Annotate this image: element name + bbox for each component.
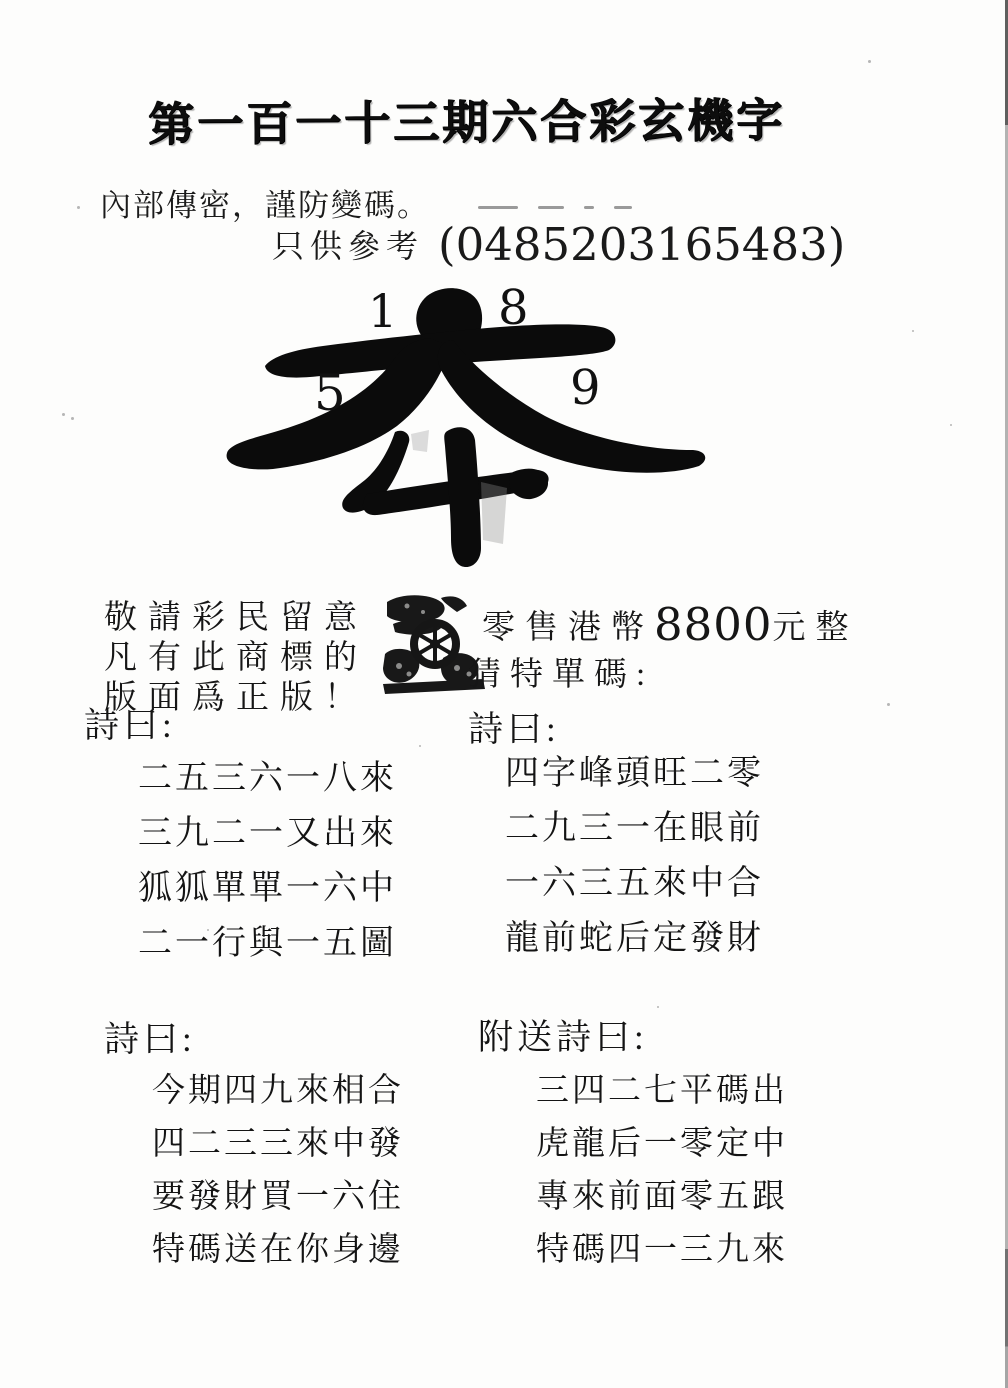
poem-label-bottom-right: 附送詩曰: xyxy=(478,1010,648,1060)
poem-line: 龍前蛇后定發財 xyxy=(505,910,764,965)
price-suffix: 元整 xyxy=(773,610,859,646)
scan-noise-dot xyxy=(207,929,209,931)
poem-top-left: 二五三六一八來 三九二一又出來 狐狐單單一六中 二一行與一五圖 xyxy=(138,750,397,970)
scan-dash xyxy=(478,206,518,209)
reference-label: 只供參考 xyxy=(272,228,424,264)
price-line: 零售港幣8800元整 xyxy=(482,598,859,651)
poem-line: 一六三五來中合 xyxy=(505,855,764,910)
scan-dash xyxy=(614,206,632,209)
scan-noise-dot xyxy=(71,417,74,420)
reference-code: (0485203165483) xyxy=(438,218,845,271)
calligraphy-number-top-right: 8 xyxy=(498,280,529,336)
poem-line: 今期四九來相合 xyxy=(152,1064,404,1117)
poem-line: 三四二七平碼出 xyxy=(536,1064,788,1117)
poem-line: 虎龍后一零定中 xyxy=(536,1117,788,1170)
poem-line: 特碼送在你身邊 xyxy=(152,1223,404,1276)
issue-title: 第一百一十三期六合彩玄機字 xyxy=(148,84,785,154)
price-amount: 8800 xyxy=(654,598,773,651)
scanned-lottery-sheet: 第一百一十三期六合彩玄機字 內部傳密，謹防變碼。 只供參考(0485203165… xyxy=(0,0,1008,1388)
scan-noise-dot xyxy=(62,413,65,416)
poem-bottom-left: 今期四九來相合 四二三三來中發 要發財買一六住 特碼送在你身邊 xyxy=(152,1064,404,1276)
poem-line: 三九二一又出來 xyxy=(138,805,397,860)
poem-line: 狐狐單單一六中 xyxy=(138,860,397,915)
poem-label-top-left: 詩曰: xyxy=(84,698,176,748)
scan-dash xyxy=(538,206,564,209)
scan-noise-dot xyxy=(950,424,952,426)
scan-smudge-dashes xyxy=(478,198,648,216)
poem-line: 四字峰頭旺二零 xyxy=(505,745,764,800)
poem-line: 二九三一在眼前 xyxy=(505,800,764,855)
calligraphy-number-top-left: 1 xyxy=(368,284,397,338)
poem-line: 四二三三來中發 xyxy=(152,1117,404,1170)
poem-line: 專來前面零五跟 xyxy=(536,1170,788,1223)
notice-line: 凡有此商標的 xyxy=(104,638,368,678)
price-prefix: 零售港幣 xyxy=(482,610,654,646)
scan-dash xyxy=(584,206,594,209)
poem-line: 二一行與一五圖 xyxy=(138,915,397,970)
poem-top-right: 四字峰頭旺二零 二九三一在眼前 一六三五來中合 龍前蛇后定發財 xyxy=(505,745,764,965)
calligraphy-number-mid-right: 9 xyxy=(570,360,601,416)
calligraphy-number-mid-left: 5 xyxy=(314,364,346,422)
poem-bottom-right: 三四二七平碼出 虎龍后一零定中 專來前面零五跟 特碼四一三九來 xyxy=(536,1064,788,1276)
scan-noise-dot xyxy=(868,60,871,63)
reference-note: 只供參考(0485203165483) xyxy=(272,218,845,271)
scan-noise-dot xyxy=(887,703,890,706)
poem-line: 特碼四一三九來 xyxy=(536,1223,788,1276)
mystery-character-calligraphy xyxy=(215,282,715,572)
scan-noise-dot xyxy=(419,745,421,747)
poem-line: 要發財買一六住 xyxy=(152,1170,404,1223)
poem-line: 二五三六一八來 xyxy=(138,750,397,805)
guess-special-number-label: 猜特單碼: xyxy=(468,648,654,695)
scan-noise-dot xyxy=(912,330,914,332)
scan-noise-dot xyxy=(77,206,80,209)
notice-line: 敬請彩民留意 xyxy=(104,598,368,638)
scan-noise-dot xyxy=(657,1006,659,1008)
poem-label-bottom-left: 詩曰: xyxy=(104,1012,196,1062)
